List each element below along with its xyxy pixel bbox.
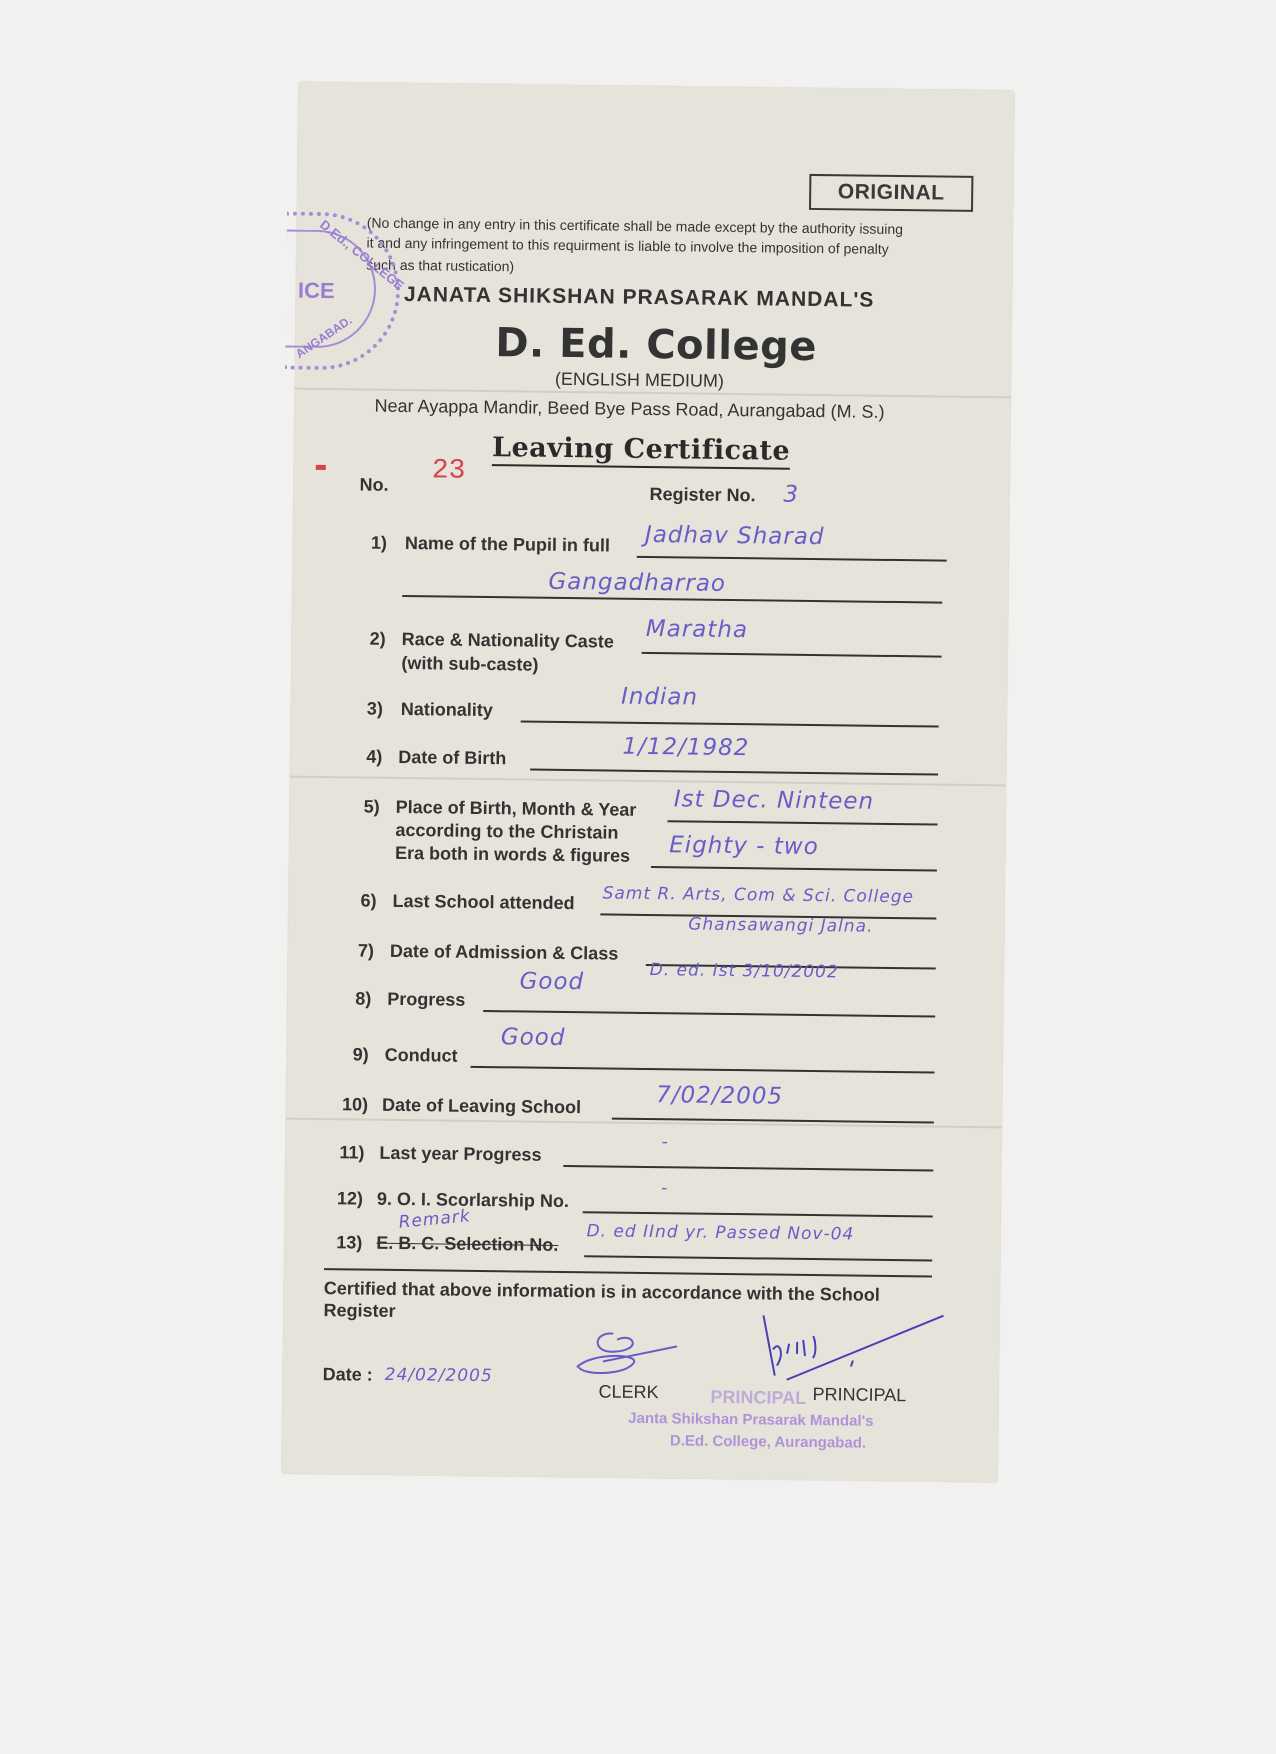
field-3-line bbox=[521, 720, 939, 727]
principal-stamp-title: PRINCIPAL bbox=[710, 1387, 806, 1409]
field-5-sublabel-2: Era both in words & figures bbox=[395, 843, 630, 867]
field-13-number: 13) bbox=[336, 1232, 362, 1253]
field-10-value: 7/02/2005 bbox=[656, 1082, 783, 1110]
field-2-sublabel: (with sub-caste) bbox=[401, 653, 538, 676]
field-6-value: Samt R. Arts, Com & Sci. College bbox=[603, 883, 915, 907]
field-4-label: Date of Birth bbox=[398, 747, 506, 769]
red-mark bbox=[316, 465, 326, 470]
field-3-number: 3) bbox=[367, 699, 383, 720]
field-4-value: 1/12/1982 bbox=[622, 734, 749, 762]
field-6-value-2: Ghansawangi Jalna. bbox=[688, 915, 873, 937]
field-13-label: E. B. C. Selection No. bbox=[376, 1233, 558, 1256]
field-4-line bbox=[530, 769, 938, 776]
field-2-number: 2) bbox=[370, 629, 386, 650]
clerk-signature-icon bbox=[573, 1323, 684, 1384]
principal-signature-icon bbox=[753, 1309, 954, 1391]
field-4-number: 4) bbox=[366, 747, 382, 768]
field-11-line bbox=[563, 1165, 933, 1172]
certificate-title: Leaving Certificate bbox=[492, 432, 790, 470]
principal-stamp-line-1: Janta Shikshan Prasarak Mandal's bbox=[628, 1410, 874, 1430]
certification-text-2: Register bbox=[323, 1300, 395, 1322]
medium-label: (ENGLISH MEDIUM) bbox=[555, 369, 724, 392]
college-name: D. Ed. College bbox=[495, 320, 817, 370]
field-12-number: 12) bbox=[337, 1188, 363, 1209]
field-9-value: Good bbox=[501, 1024, 566, 1051]
field-13-line bbox=[584, 1255, 932, 1261]
field-13-line-2 bbox=[324, 1268, 932, 1277]
field-1-line bbox=[637, 556, 947, 562]
fold-line bbox=[290, 776, 1006, 787]
field-5-value: Ist Dec. Ninteen bbox=[674, 786, 875, 814]
field-5-number: 5) bbox=[364, 797, 380, 818]
original-label: ORIGINAL bbox=[809, 174, 973, 212]
certification-text: Certified that above information is in a… bbox=[324, 1278, 880, 1306]
field-12-line bbox=[583, 1211, 933, 1217]
field-9-number: 9) bbox=[353, 1044, 369, 1065]
field-7-value: D. ed. Ist 3/10/2002 bbox=[650, 960, 839, 982]
clerk-label: CLERK bbox=[598, 1381, 658, 1403]
field-8-line bbox=[483, 1010, 935, 1018]
principal-stamp-line-2: D.Ed. College, Aurangabad. bbox=[670, 1432, 866, 1451]
field-5-value-2: Eighty - two bbox=[669, 832, 819, 860]
date-value: 24/02/2005 bbox=[385, 1365, 493, 1386]
field-2-label: Race & Nationality Caste bbox=[402, 629, 614, 653]
field-6-label: Last School attended bbox=[392, 891, 574, 914]
field-5-line bbox=[668, 820, 938, 825]
field-3-value: Indian bbox=[621, 684, 698, 711]
field-11-label: Last year Progress bbox=[379, 1143, 541, 1166]
field-6-number: 6) bbox=[360, 890, 376, 911]
field-13-annotation: Remark bbox=[398, 1206, 472, 1233]
field-12-label: 9. O. I. Scorlarship No. bbox=[377, 1189, 569, 1212]
field-2-value: Maratha bbox=[646, 616, 748, 643]
field-11-value: - bbox=[661, 1132, 668, 1152]
field-8-label: Progress bbox=[387, 989, 465, 1011]
field-12-value: - bbox=[661, 1178, 668, 1198]
field-7-number: 7) bbox=[358, 940, 374, 961]
field-9-line bbox=[470, 1066, 934, 1074]
field-1-value: Jadhav Sharad bbox=[645, 522, 825, 550]
principal-label: PRINCIPAL bbox=[812, 1384, 906, 1406]
field-9-label: Conduct bbox=[385, 1045, 458, 1067]
field-1-label: Name of the Pupil in full bbox=[405, 533, 610, 557]
seal-text-center: ICE bbox=[298, 278, 335, 304]
field-10-label: Date of Leaving School bbox=[382, 1095, 581, 1118]
date-label: Date : bbox=[323, 1364, 373, 1386]
field-5-sublabel: according to the Christain bbox=[395, 820, 618, 844]
college-address: Near Ayappa Mandir, Beed Bye Pass Road, … bbox=[374, 396, 884, 423]
certificate-no-value: 23 bbox=[432, 455, 466, 486]
register-no-value: 3 bbox=[783, 482, 799, 508]
field-5-line-2 bbox=[651, 866, 937, 871]
field-2-line bbox=[642, 652, 942, 658]
field-1-number: 1) bbox=[371, 533, 387, 554]
field-8-value: Good bbox=[519, 968, 584, 995]
register-no-label: Register No. bbox=[649, 484, 755, 506]
field-11-number: 11) bbox=[339, 1142, 364, 1163]
certificate-no-label: No. bbox=[359, 474, 388, 495]
field-7-label: Date of Admission & Class bbox=[390, 941, 619, 965]
field-5-label: Place of Birth, Month & Year bbox=[396, 797, 637, 821]
mandal-name: JANATA SHIKSHAN PRASARAK MANDAL'S bbox=[404, 283, 875, 313]
field-13-value: D. ed IInd yr. Passed Nov-04 bbox=[586, 1221, 854, 1244]
field-8-number: 8) bbox=[355, 988, 371, 1009]
leaving-certificate-paper: ORIGINAL (No change in any entry in this… bbox=[282, 82, 1015, 1483]
field-3-label: Nationality bbox=[401, 699, 493, 721]
field-1-value-2: Gangadharrao bbox=[548, 569, 726, 597]
field-10-number: 10) bbox=[342, 1094, 368, 1115]
